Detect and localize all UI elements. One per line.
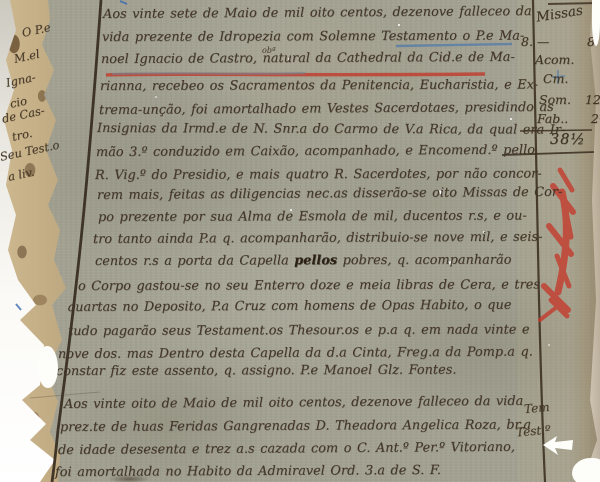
manuscript-line: nove dos. mas Dentro desta Capella da d.… [58, 345, 533, 362]
manuscript-line: trema-unção, foi amortalhado em Vestes S… [99, 100, 554, 118]
torn-hole [38, 346, 58, 388]
fee-row: 8. — 8 [521, 34, 595, 49]
manuscript-line: R. Vig.º do Presidio, e mais quatro R. S… [95, 166, 542, 183]
manuscript-line: Aos vinte sete de Maio de mil oito cento… [103, 4, 532, 22]
manuscript-line: po prezente por sua Alma de Esmola de mi… [98, 209, 527, 225]
torn-edge-gap [592, 0, 600, 46]
manuscript-line: foi amortalhada no Habito da Admiravel O… [55, 463, 441, 480]
manuscript-line: constar fiz este assento, q. assigno. P.… [56, 363, 457, 379]
fee-row: Cm. 8 [521, 71, 600, 86]
fee-value: 2½ [591, 111, 600, 126]
fee-label: Som. [539, 92, 571, 107]
fee-value: 12½ [585, 92, 600, 107]
fee-label: Cm. [543, 71, 568, 86]
interline-superscript: obª [262, 46, 276, 55]
manuscript-line: tro tanto ainda P.a q. acompanharão, dis… [93, 230, 543, 247]
fee-row: Som. 12½ [521, 92, 600, 107]
manuscript-line: centos r.s a porta da Capella pellos pob… [95, 253, 512, 269]
fee-label: Fab.. [537, 111, 568, 126]
blue-underline [396, 44, 512, 46]
line-fragment: pobres, q. acompanharão [337, 253, 511, 269]
manuscript-line: de idade desesenta e trez a.s cazada com… [58, 440, 515, 458]
manuscript-line: prez.te de huas Feridas Gangrenadas D. T… [60, 418, 531, 435]
white-damage-arrow [541, 432, 575, 458]
margin-note-tem: Tem [523, 400, 550, 416]
manuscript-line: noel Ignacio de Castro, natural da Cathe… [101, 50, 515, 67]
arrow-shape [543, 436, 573, 455]
blotted-word: pellos [294, 253, 337, 268]
manuscript-line: o Corpo gastou-se no seu Enterro doze e … [78, 277, 540, 294]
blue-dot-margin [16, 304, 21, 310]
manuscript-line: tudo pagarão seus Testament.os Thesour.o… [68, 322, 530, 339]
fee-label: Acom. [535, 52, 574, 67]
fee-total: 38½ [550, 132, 586, 148]
fee-row: Fab.. 2½ [521, 111, 600, 126]
fee-row: Acom. 5 [521, 52, 600, 67]
fee-label: 8. — [521, 34, 549, 49]
manuscript-line: Insignias da Irmd.e de N. Snr.a do Carmo… [97, 121, 565, 138]
grey-blue-smear [112, 73, 305, 74]
blue-dot-top [120, 1, 127, 4]
manuscript-line: mão 3.º conduzido em Caixão, acompanhado… [96, 143, 535, 160]
manuscript-line: Aos vinte oito de Maio de mil oito cento… [64, 394, 523, 412]
manuscript-line: quartas no Deposito, P.a Cruz com homens… [67, 298, 512, 315]
manuscript-line: rianna, recebeo os Sacramentos da Penite… [100, 77, 538, 94]
manuscript-scan: Aos vinte sete de Maio de mil oito cento… [0, 0, 600, 482]
line-fragment: centos r.s a porta da Capella [95, 253, 294, 269]
manuscript-line: vida prezente de Idropezia com Solemne T… [102, 29, 524, 45]
